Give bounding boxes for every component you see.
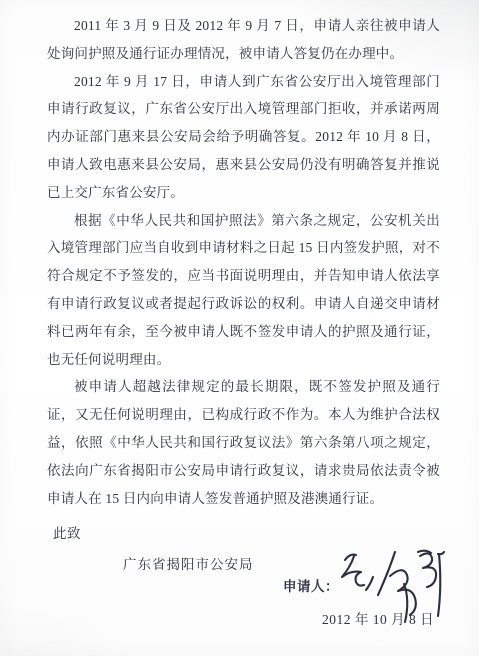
- document-page: 2011 年 3 月 9 日及 2012 年 9 月 7 日，申请人亲往被申请人…: [0, 0, 479, 656]
- date-line: 2012 年 10 月 8 日: [322, 609, 434, 631]
- body-paragraph: 2011 年 3 月 9 日及 2012 年 9 月 7 日，申请人亲往被申请人…: [47, 12, 440, 68]
- body-paragraph: 被申请人超越法律规定的最长期限，既不签发护照及通行证，又无任何说明理由，已构成行…: [47, 373, 440, 512]
- body-paragraph: 2012 年 9 月 17 日，申请人到广东省公安厅出入境管理部门申请行政复议，…: [47, 68, 440, 207]
- letter-body: 2011 年 3 月 9 日及 2012 年 9 月 7 日，申请人亲往被申请人…: [47, 12, 440, 512]
- body-paragraph: 根据《中华人民共和国护照法》第六条之规定，公安机关出入境管理部门应当自收到申请材…: [47, 207, 440, 374]
- closing-salutation: 此致: [53, 520, 81, 548]
- recipient-line: 广东省揭阳市公安局: [123, 551, 254, 579]
- signature-label: 申请人：: [283, 577, 339, 597]
